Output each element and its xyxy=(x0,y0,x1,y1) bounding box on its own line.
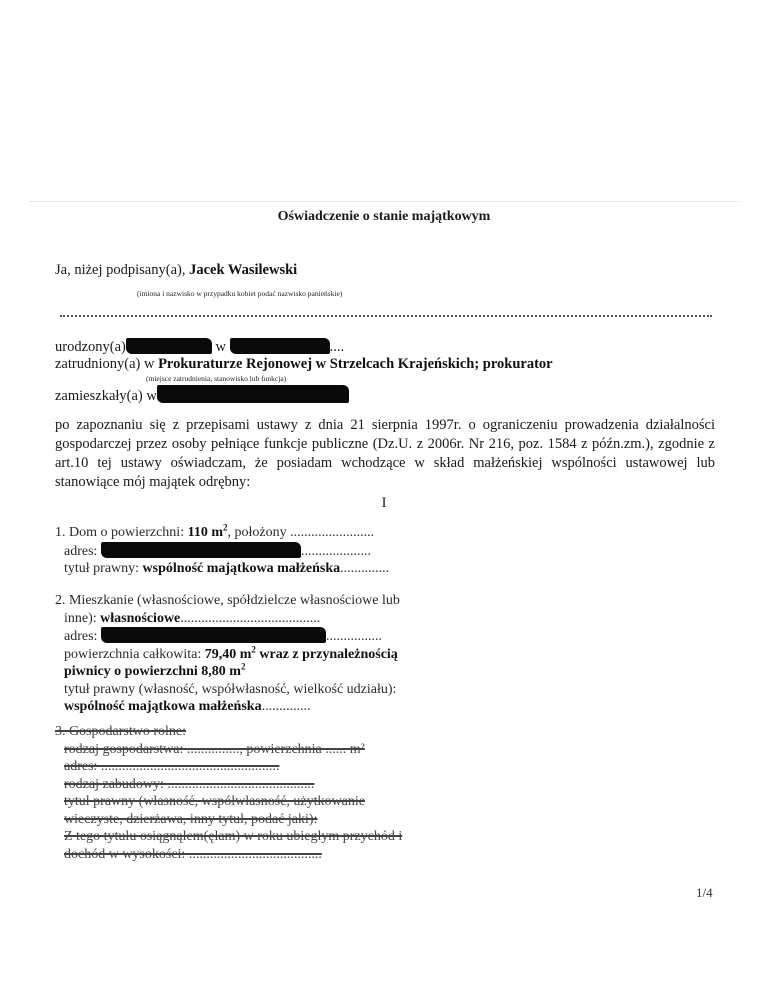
apartment-title-dots: .............. xyxy=(262,699,311,714)
apartment-address-dots: ................ xyxy=(326,629,382,644)
house-location-label: , położony xyxy=(227,525,290,540)
farm-line: rodzaj gospodarstwa: ..............., po… xyxy=(55,741,402,759)
farm-line: dochód w wysokości: ....................… xyxy=(55,846,402,864)
apartment-area-value: 79,40 m2 wraz z przynależnością xyxy=(205,647,398,662)
house-lead: 1. Dom o powierzchni: xyxy=(55,525,188,540)
house-location-dots: ........................ xyxy=(290,525,374,540)
residence-label: zamieszkały(a) w xyxy=(55,388,157,404)
employment-caption: (miejsce zatrudnienia, stanowisko lub fu… xyxy=(146,374,286,383)
item-apartment: 2. Mieszkanie (własnościowe, spółdzielcz… xyxy=(55,592,400,716)
redacted-birth-date xyxy=(126,338,212,354)
farm-line: tytuł prawny (własność, współwłasność, u… xyxy=(55,793,402,811)
redacted-residence xyxy=(157,385,349,403)
apartment-type-label: inne): xyxy=(64,611,100,626)
apartment-lead: 2. Mieszkanie (własnościowe, spółdzielcz… xyxy=(55,592,400,610)
intro-paragraph: po zapoznaniu się z przepisami ustawy z … xyxy=(55,416,715,492)
apartment-address-label: adres: xyxy=(64,629,101,644)
item-farm-struck: 3. Gospodarstwo rolne: rodzaj gospodarst… xyxy=(55,723,402,863)
birth-trailing: .... xyxy=(330,339,345,355)
dotted-separator xyxy=(60,315,712,319)
house-title-value: wspólność majątkowa małżeńska xyxy=(143,561,341,576)
apartment-title-value: wspólność majątkowa małżeńska xyxy=(64,699,262,714)
farm-line: Z tego tytułu osiągnąłem(ęłam) w roku ub… xyxy=(55,828,402,846)
house-address-dots: .................... xyxy=(301,544,371,559)
house-title-dots: .............. xyxy=(340,561,389,576)
item-house: 1. Dom o powierzchni: 110 m2, położony .… xyxy=(55,524,389,578)
document-title: Oświadczenie o stanie majątkowym xyxy=(0,209,768,225)
redacted-apartment-address xyxy=(101,627,326,643)
farm-line: wieczyste, dzierżawa, inny tytuł, podać … xyxy=(55,811,402,829)
birth-label: urodzony(a) xyxy=(55,339,126,355)
declarant-prefix: Ja, niżej podpisany(a), xyxy=(55,262,189,278)
redacted-house-address xyxy=(101,542,301,558)
page-number: 1/4 xyxy=(696,885,713,901)
declarant-caption: (imiona i nazwisko w przypadku kobiet po… xyxy=(137,289,342,298)
birth-line: urodzony(a) w .... xyxy=(55,338,344,356)
farm-line: adres: .................................… xyxy=(55,758,402,776)
apartment-type-dots: ........................................ xyxy=(180,611,320,626)
apartment-area-label: powierzchnia całkowita: xyxy=(64,647,205,662)
farm-line: 3. Gospodarstwo rolne: xyxy=(55,723,402,741)
declarant-line: Ja, niżej podpisany(a), Jacek Wasilewski xyxy=(55,262,297,279)
house-area: 110 m2 xyxy=(188,525,228,540)
apartment-title-label: tytuł prawny (własność, współwłasność, w… xyxy=(55,681,400,699)
declarant-name: Jacek Wasilewski xyxy=(189,262,297,278)
apartment-cellar: piwnicy o powierzchni 8,80 m2 xyxy=(64,664,245,679)
employment-line: zatrudniony(a) w Prokuraturze Rejonowej … xyxy=(55,356,553,373)
residence-line: zamieszkały(a) w xyxy=(55,385,349,405)
employment-value: Prokuraturze Rejonowej w Strzelcach Kraj… xyxy=(158,356,553,372)
apartment-type-value: własnościowe xyxy=(100,611,180,626)
section-number: I xyxy=(0,495,768,512)
employment-label: zatrudniony(a) w xyxy=(55,356,158,372)
redacted-birth-place xyxy=(230,338,330,354)
farm-line: rodzaj zabudowy: .......................… xyxy=(55,776,402,794)
house-title-label: tytuł prawny: xyxy=(64,561,143,576)
scan-artifact-line xyxy=(30,201,740,203)
birth-connector: w xyxy=(215,339,225,355)
house-address-label: adres: xyxy=(64,544,101,559)
